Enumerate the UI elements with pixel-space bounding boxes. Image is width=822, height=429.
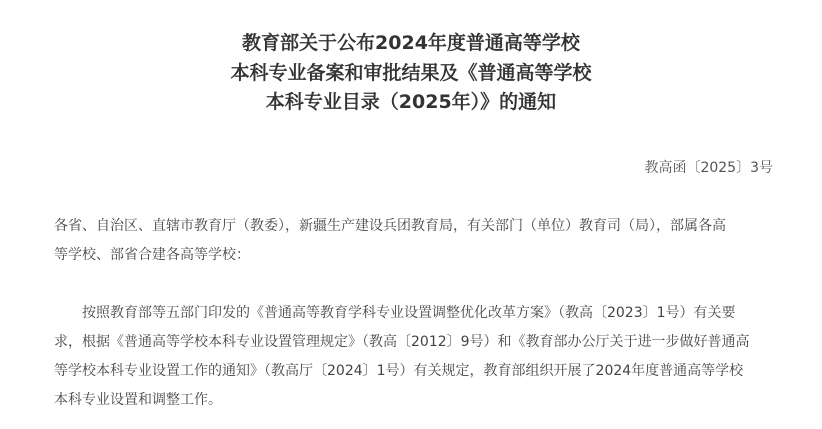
- document-page: 教育部关于公布2024年度普通高等学校 本科专业备案和审批结果及《普通高等学校 …: [0, 0, 822, 429]
- title-line: 教育部关于公布2024年度普通高等学校: [0, 29, 822, 59]
- paragraph-line: 按照教育部等五部门印发的《普通高等教育学科专业设置调整优化改革方案》（教高〔20…: [54, 299, 774, 328]
- paragraph-line: 等学校本科专业设置工作的通知》（教高厅〔2024〕1号）有关规定，教育部组织开展…: [54, 357, 774, 386]
- title-line: 本科专业目录（2025年）》的通知: [0, 88, 822, 118]
- title-line: 本科专业备案和审批结果及《普通高等学校: [0, 59, 822, 89]
- body-paragraph: 按照教育部等五部门印发的《普通高等教育学科专业设置调整优化改革方案》（教高〔20…: [54, 299, 774, 415]
- salutation-line: 等学校、部省合建各高等学校：: [54, 241, 774, 270]
- paragraph-line: 本科专业设置和调整工作。: [54, 386, 774, 415]
- salutation-line: 各省、自治区、直辖市教育厅（教委），新疆生产建设兵团教育局，有关部门（单位）教育…: [54, 212, 774, 241]
- document-title: 教育部关于公布2024年度普通高等学校 本科专业备案和审批结果及《普通高等学校 …: [0, 29, 822, 118]
- salutation: 各省、自治区、直辖市教育厅（教委），新疆生产建设兵团教育局，有关部门（单位）教育…: [54, 212, 774, 270]
- paragraph-line: 求，根据《普通高等学校本科专业设置管理规定》（教高〔2012〕9号）和《教育部办…: [54, 328, 774, 357]
- document-number: 教高函〔2025〕3号: [644, 158, 773, 178]
